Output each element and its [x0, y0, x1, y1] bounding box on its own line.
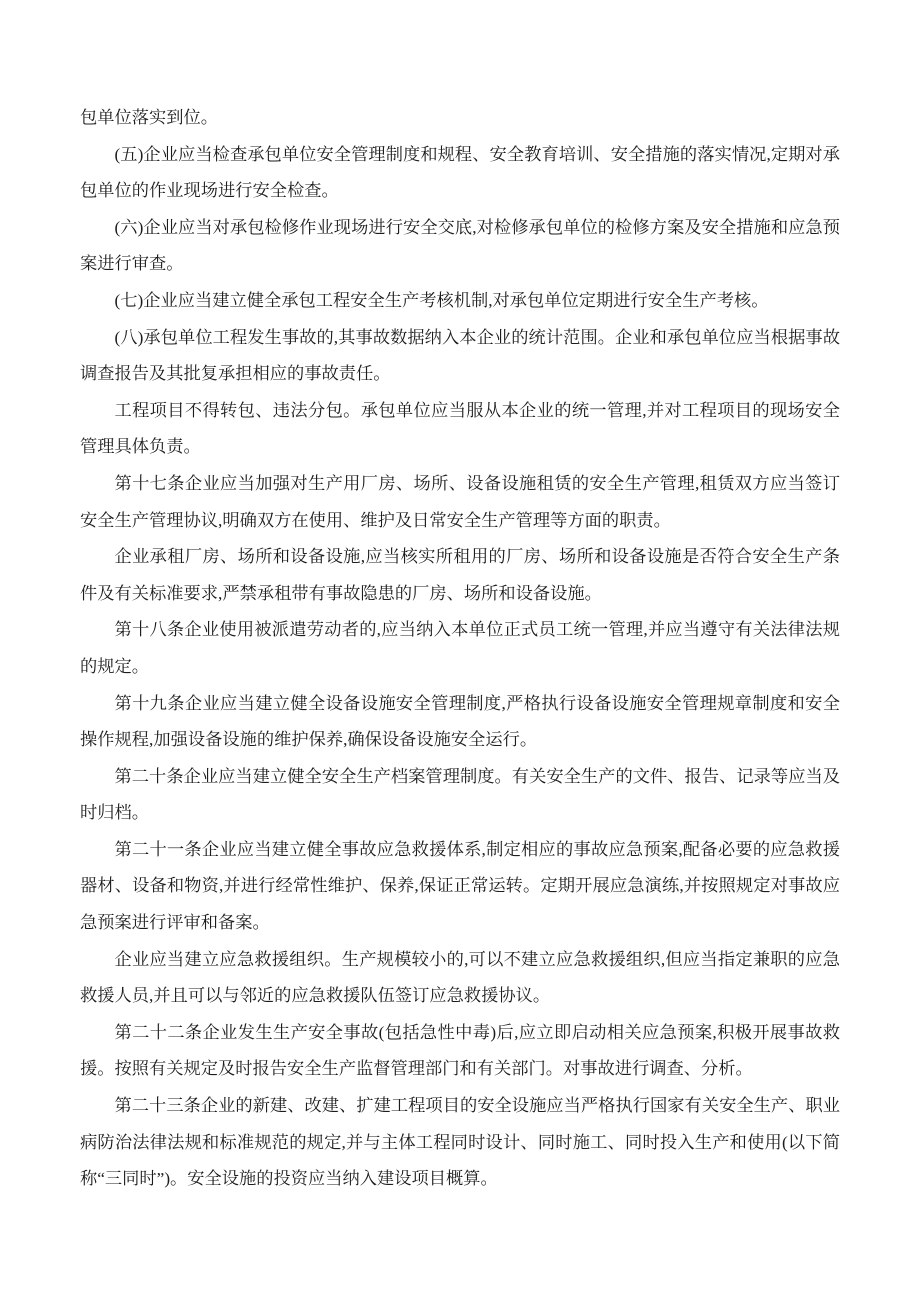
paragraph: 包单位落实到位。 [80, 100, 840, 137]
paragraph: 第十七条企业应当加强对生产用厂房、场所、设备设施租赁的安全生产管理,租赁双方应当… [80, 466, 840, 539]
document-text: 包单位落实到位。(五)企业应当检查承包单位安全管理制度和规程、安全教育培训、安全… [80, 100, 840, 1198]
paragraph: 企业应当建立应急救援组织。生产规模较小的,可以不建立应急救援组织,但应当指定兼职… [80, 942, 840, 1015]
paragraph: 第十九条企业应当建立健全设备设施安全管理制度,严格执行设备设施安全管理规章制度和… [80, 686, 840, 759]
paragraph: 企业承租厂房、场所和设备设施,应当核实所租用的厂房、场所和设备设施是否符合安全生… [80, 539, 840, 612]
paragraph: 第二十条企业应当建立健全安全生产档案管理制度。有关安全生产的文件、报告、记录等应… [80, 759, 840, 832]
paragraph: 第二十三条企业的新建、改建、扩建工程项目的安全设施应当严格执行国家有关安全生产、… [80, 1088, 840, 1198]
paragraph: 第二十二条企业发生生产安全事故(包括急性中毒)后,应立即启动相关应急预案,积极开… [80, 1015, 840, 1088]
paragraph: 第二十一条企业应当建立健全事故应急救援体系,制定相应的事故应急预案,配备必要的应… [80, 832, 840, 942]
paragraph: (七)企业应当建立健全承包工程安全生产考核机制,对承包单位定期进行安全生产考核。 [80, 283, 840, 320]
paragraph: 工程项目不得转包、违法分包。承包单位应当服从本企业的统一管理,并对工程项目的现场… [80, 393, 840, 466]
paragraph: (五)企业应当检查承包单位安全管理制度和规程、安全教育培训、安全措施的落实情况,… [80, 137, 840, 210]
paragraph: (八)承包单位工程发生事故的,其事故数据纳入本企业的统计范围。企业和承包单位应当… [80, 320, 840, 393]
paragraph: 第十八条企业使用被派遣劳动者的,应当纳入本单位正式员工统一管理,并应当遵守有关法… [80, 612, 840, 685]
document-page: 包单位落实到位。(五)企业应当检查承包单位安全管理制度和规程、安全教育培训、安全… [0, 0, 920, 1301]
paragraph: (六)企业应当对承包检修作业现场进行安全交底,对检修承包单位的检修方案及安全措施… [80, 210, 840, 283]
